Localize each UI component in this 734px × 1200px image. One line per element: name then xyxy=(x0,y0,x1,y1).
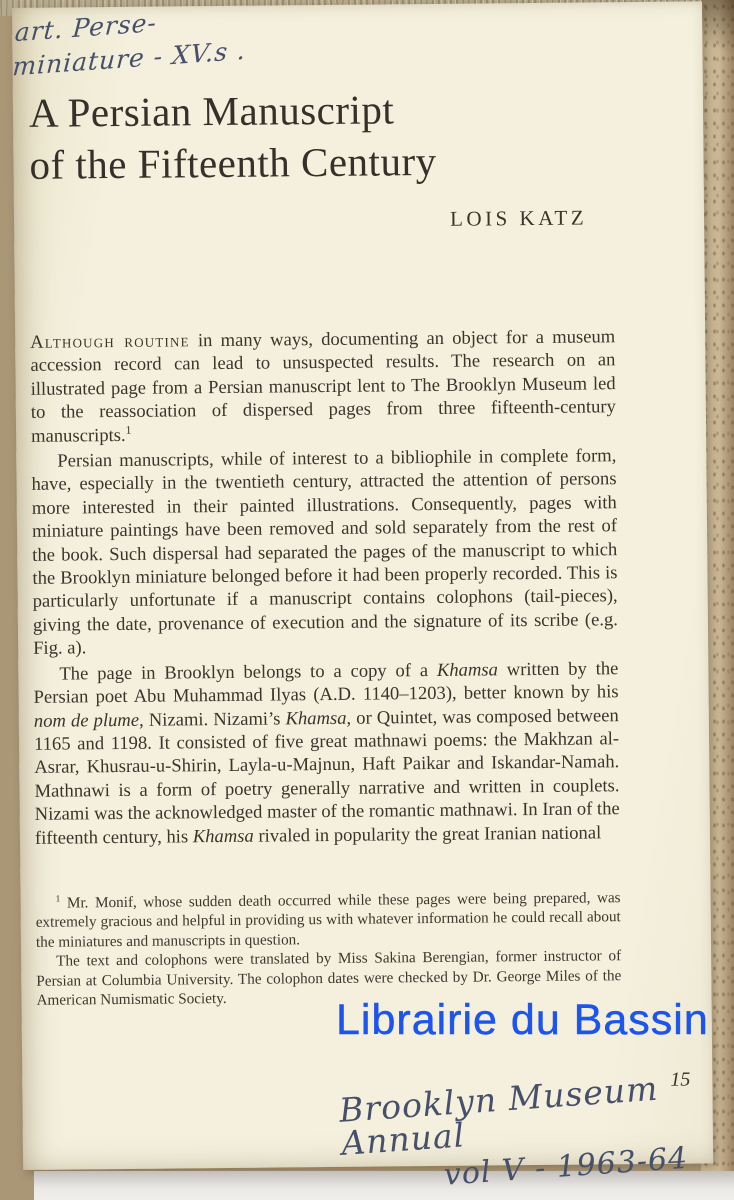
title-line-1: A Persian Manuscript xyxy=(29,83,437,139)
text-segment: Khamsa xyxy=(285,707,346,729)
text-segment: rivaled in popularity the great Iranian … xyxy=(254,822,602,846)
text-segment: Khamsa xyxy=(193,825,254,847)
text-segment: nom de plume xyxy=(34,709,139,731)
text-segment: Persian manuscripts, while of interest t… xyxy=(31,445,618,659)
title-line-2: of the Fifteenth Century xyxy=(29,135,437,191)
body-paragraph: The page in Brooklyn belongs to a copy o… xyxy=(33,657,620,850)
text-segment: 1 xyxy=(126,424,132,436)
text-segment: The page in Brooklyn belongs to a copy o… xyxy=(59,660,437,685)
bookseller-watermark: Librairie du Bassin xyxy=(336,997,709,1044)
article-body: Although routine in many ways, documenti… xyxy=(30,325,620,850)
text-segment: Khamsa xyxy=(437,659,498,681)
text-segment: , Nizami. Nizami’s xyxy=(139,708,286,730)
text-segment: Although routine xyxy=(30,330,190,353)
text-segment: Mr. Monif, whose sudden death occurred w… xyxy=(36,889,621,950)
body-paragraph: Although routine in many ways, documenti… xyxy=(30,325,616,448)
book-page: art. Perse- miniature - XV.s . A Persian… xyxy=(12,1,713,1170)
handwritten-annotation-top: art. Perse- miniature - XV.s . xyxy=(11,0,249,84)
footnote-paragraph: 1 Mr. Monif, whose sudden death occurred… xyxy=(36,888,622,952)
scanned-book-photo: { "annotations": { "ink_color": "#46506a… xyxy=(0,0,734,1200)
footnotes: 1 Mr. Monif, whose sudden death occurred… xyxy=(36,888,622,1010)
article-title: A Persian Manuscript of the Fifteenth Ce… xyxy=(29,83,437,191)
author-name: LOIS KATZ xyxy=(450,207,587,229)
body-paragraph: Persian manuscripts, while of interest t… xyxy=(31,444,618,660)
